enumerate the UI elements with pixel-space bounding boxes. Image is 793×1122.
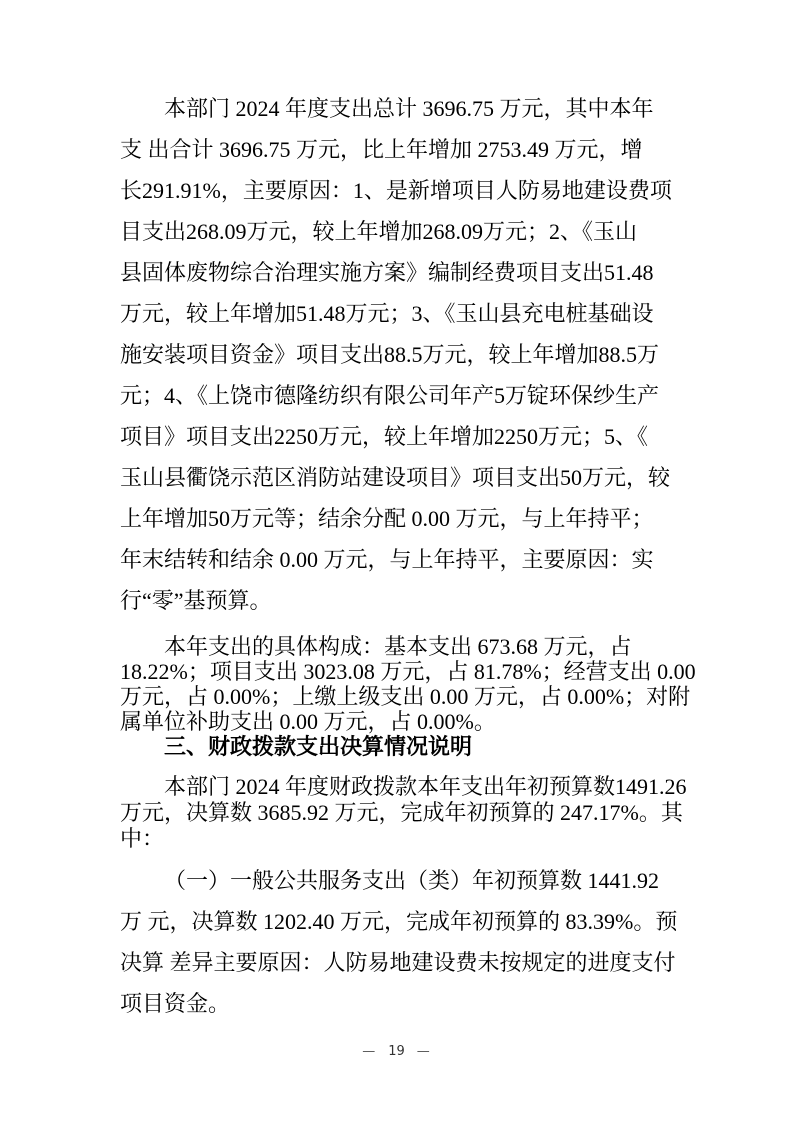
- text-line: 属单位补助支出 0.00 万元，占 0.00%。: [120, 709, 680, 734]
- text-line: 决算 差异主要原因：人防易地建设费未按规定的进度支付: [120, 942, 680, 983]
- text-line: 目支出268.09万元，较上年增加268.09万元；2、《玉山: [120, 211, 680, 252]
- text-line: 万元，较上年增加51.48万元；3、《玉山县充电桩基础设: [120, 293, 680, 334]
- text-line: 长291.91%，主要原因：1、是新增项目人防易地建设费项: [120, 170, 680, 211]
- page-footer: —19—: [0, 1043, 793, 1061]
- text-line: 本年支出的具体构成：基本支出 673.68 万元，占: [120, 634, 680, 659]
- text-line: 上年增加50万元等；结余分配 0.00 万元，与上年持平；: [120, 498, 680, 539]
- text-line: 施安装项目资金》项目支出88.5万元，较上年增加88.5万: [120, 334, 680, 375]
- text-line: 年末结转和结余 0.00 万元，与上年持平，主要原因：实: [120, 539, 680, 580]
- text-line: 行“零”基预算。: [120, 580, 680, 621]
- text-line: 项目资金。: [120, 983, 680, 1024]
- text-line: 18.22%；项目支出 3023.08 万元，占 81.78%；经营支出 0.0…: [120, 659, 680, 684]
- text-line: 元；4、《上饶市德隆纺织有限公司年产5万锭环保纱生产: [120, 375, 680, 416]
- text-line: 支 出合计 3696.75 万元，比上年增加 2753.49 万元，增: [120, 129, 680, 170]
- text-line: 玉山县衢饶示范区消防站建设项目》项目支出50万元，较: [120, 457, 680, 498]
- footer-left-dash: —: [362, 1044, 376, 1059]
- paragraph-general-public-service: （一）一般公共服务支出（类）年初预算数 1441.92 万 元，决算数 1202…: [120, 860, 680, 1024]
- paragraph-fiscal-allocation-summary: 本部门 2024 年度财政拨款本年支出年初预算数1491.26 万元，决算数 3…: [120, 774, 680, 852]
- section-heading: 三、财政拨款支出决算情况说明: [120, 734, 680, 760]
- text-line: 本部门 2024 年度财政拨款本年支出年初预算数1491.26: [120, 774, 680, 800]
- page-number: 19: [388, 1044, 405, 1059]
- text-line: 中：: [120, 826, 680, 852]
- text-line: （一）一般公共服务支出（类）年初预算数 1441.92: [120, 860, 680, 901]
- text-line: 本部门 2024 年度支出总计 3696.75 万元，其中本年: [120, 88, 680, 129]
- footer-right-dash: —: [417, 1044, 431, 1059]
- text-line: 万元，占 0.00%；上缴上级支出 0.00 万元，占 0.00%；对附: [120, 684, 680, 709]
- document-body: 本部门 2024 年度支出总计 3696.75 万元，其中本年 支 出合计 36…: [120, 0, 680, 1024]
- paragraph-expenditure-composition: 本年支出的具体构成：基本支出 673.68 万元，占 18.22%；项目支出 3…: [120, 634, 680, 734]
- document-page: 本部门 2024 年度支出总计 3696.75 万元，其中本年 支 出合计 36…: [0, 0, 793, 1122]
- text-line: 县固体废物综合治理实施方案》编制经费项目支出51.48: [120, 252, 680, 293]
- text-line: 项目》项目支出2250万元，较上年增加2250万元；5、《: [120, 416, 680, 457]
- text-line: 万元，决算数 3685.92 万元，完成年初预算的 247.17%。其: [120, 800, 680, 826]
- text-line: 万 元，决算数 1202.40 万元，完成年初预算的 83.39%。预: [120, 901, 680, 942]
- paragraph-total-expenditure: 本部门 2024 年度支出总计 3696.75 万元，其中本年 支 出合计 36…: [120, 88, 680, 621]
